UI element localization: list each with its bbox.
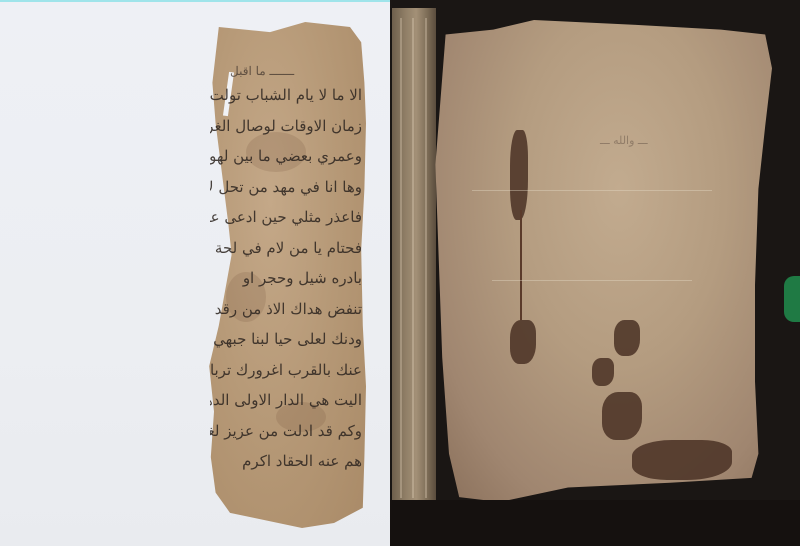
manuscript-line: عنك بالقرب اغرورك تربا — [210, 355, 366, 386]
manuscript-line: وها انا في مهد من تحل لاد — [210, 172, 366, 203]
cover-stain — [592, 358, 614, 386]
cover-crack — [520, 210, 522, 320]
book-cover — [432, 20, 772, 502]
cover-stain — [632, 440, 732, 480]
cover-stain — [614, 320, 640, 356]
manuscript-line: فاعذر مثلي حين ادعى عبود — [210, 202, 366, 233]
cover-crack-line — [472, 190, 712, 191]
manuscript-line: بادره شيل وحجر او — [210, 263, 366, 294]
book-spine — [392, 8, 436, 520]
manuscript-line: فحتام يا من لام في لحة — [210, 233, 366, 264]
faded-inscription: ـــ والله ـــ — [600, 134, 648, 147]
manuscript-line: اليت هي الدار الاولى الدهما — [210, 385, 366, 416]
manuscript-line: هم عنه الحقاد اكرم — [210, 446, 366, 477]
manuscript-line: زمان الاوقات لوصال الغر — [210, 111, 366, 142]
cover-stain — [510, 320, 536, 364]
manuscript-text: الا ما لا يام الشباب تولت زمان الاوقات ل… — [210, 80, 366, 477]
green-marker — [784, 276, 800, 322]
manuscript-line: ودنك لعلى حيا لبنا جبهي — [210, 324, 366, 355]
scan-edge — [0, 0, 390, 2]
manuscript-line: وعمري بعضي ما بين لهو وغفلة — [210, 141, 366, 172]
manuscript-line: وكم قد ادلت من عزيز لغة — [210, 416, 366, 447]
cover-stain — [510, 130, 528, 220]
manuscript-header: ـــــــ ما اقبل — [230, 64, 294, 78]
manuscript-line: الا ما لا يام الشباب تولت — [210, 80, 366, 111]
spine-crease — [412, 18, 414, 498]
bottom-shadow — [390, 500, 800, 546]
manuscript-line: تنفض هداك الاذ من رقد — [210, 294, 366, 325]
cover-crack-line — [492, 280, 692, 281]
spine-crease — [425, 18, 427, 498]
cover-stain — [602, 392, 642, 440]
spine-crease — [400, 18, 402, 498]
